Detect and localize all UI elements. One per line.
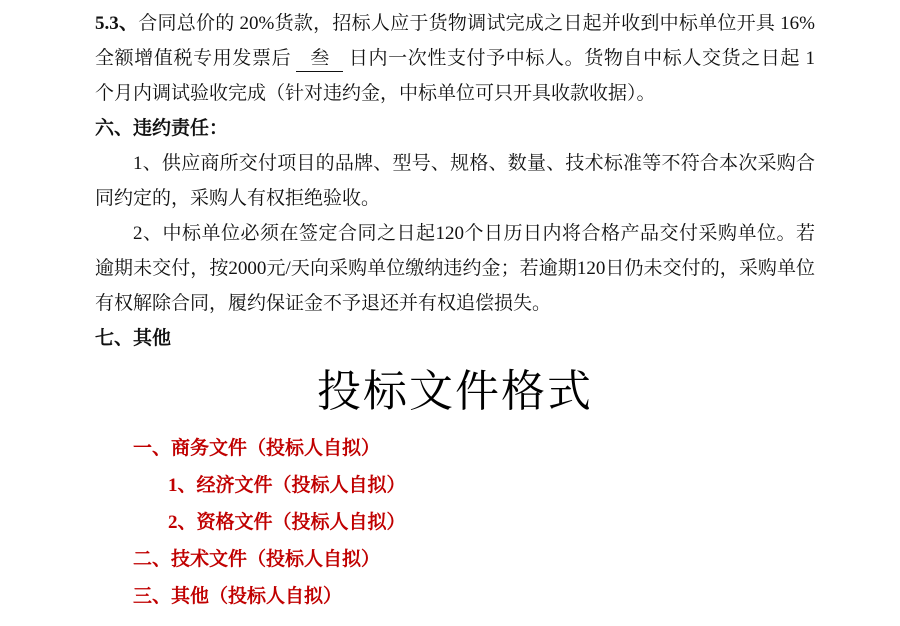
bid-document-format-title: 投标文件格式 [95,367,815,417]
clause-5-3-number: 5.3、 [95,13,138,34]
liability-item-2: 2、中标单位必须在签定合同之日起120个日历日内将合格产品交付采购单位。若逾期未… [95,216,815,321]
outline-item-economic: 1、经济文件（投标人自拟） [168,467,815,504]
outline-item-commercial: 一、商务文件（投标人自拟） [133,430,815,467]
section-heading-other: 七、其他 [95,321,815,356]
liability-item-1: 1、供应商所交付项目的品牌、型号、规格、数量、技术标准等不符合本次采购合同约定的… [95,146,815,216]
outline-item-other: 三、其他（投标人自拟） [133,578,815,615]
outline-item-technical: 二、技术文件（投标人自拟） [133,541,815,578]
outline-item-qualification: 2、资格文件（投标人自拟） [168,504,815,541]
document-page: 5.3、合同总价的 20%货款，招标人应于货物调试完成之日起并收到中标单位开具 … [0,0,900,626]
bid-document-outline: 一、商务文件（投标人自拟） 1、经济文件（投标人自拟） 2、资格文件（投标人自拟… [95,430,815,615]
filled-blank-underline: 叁 [296,47,343,72]
section-heading-liability: 六、违约责任： [95,111,815,146]
clause-5-3-paragraph: 5.3、合同总价的 20%货款，招标人应于货物调试完成之日起并收到中标单位开具 … [95,6,815,111]
